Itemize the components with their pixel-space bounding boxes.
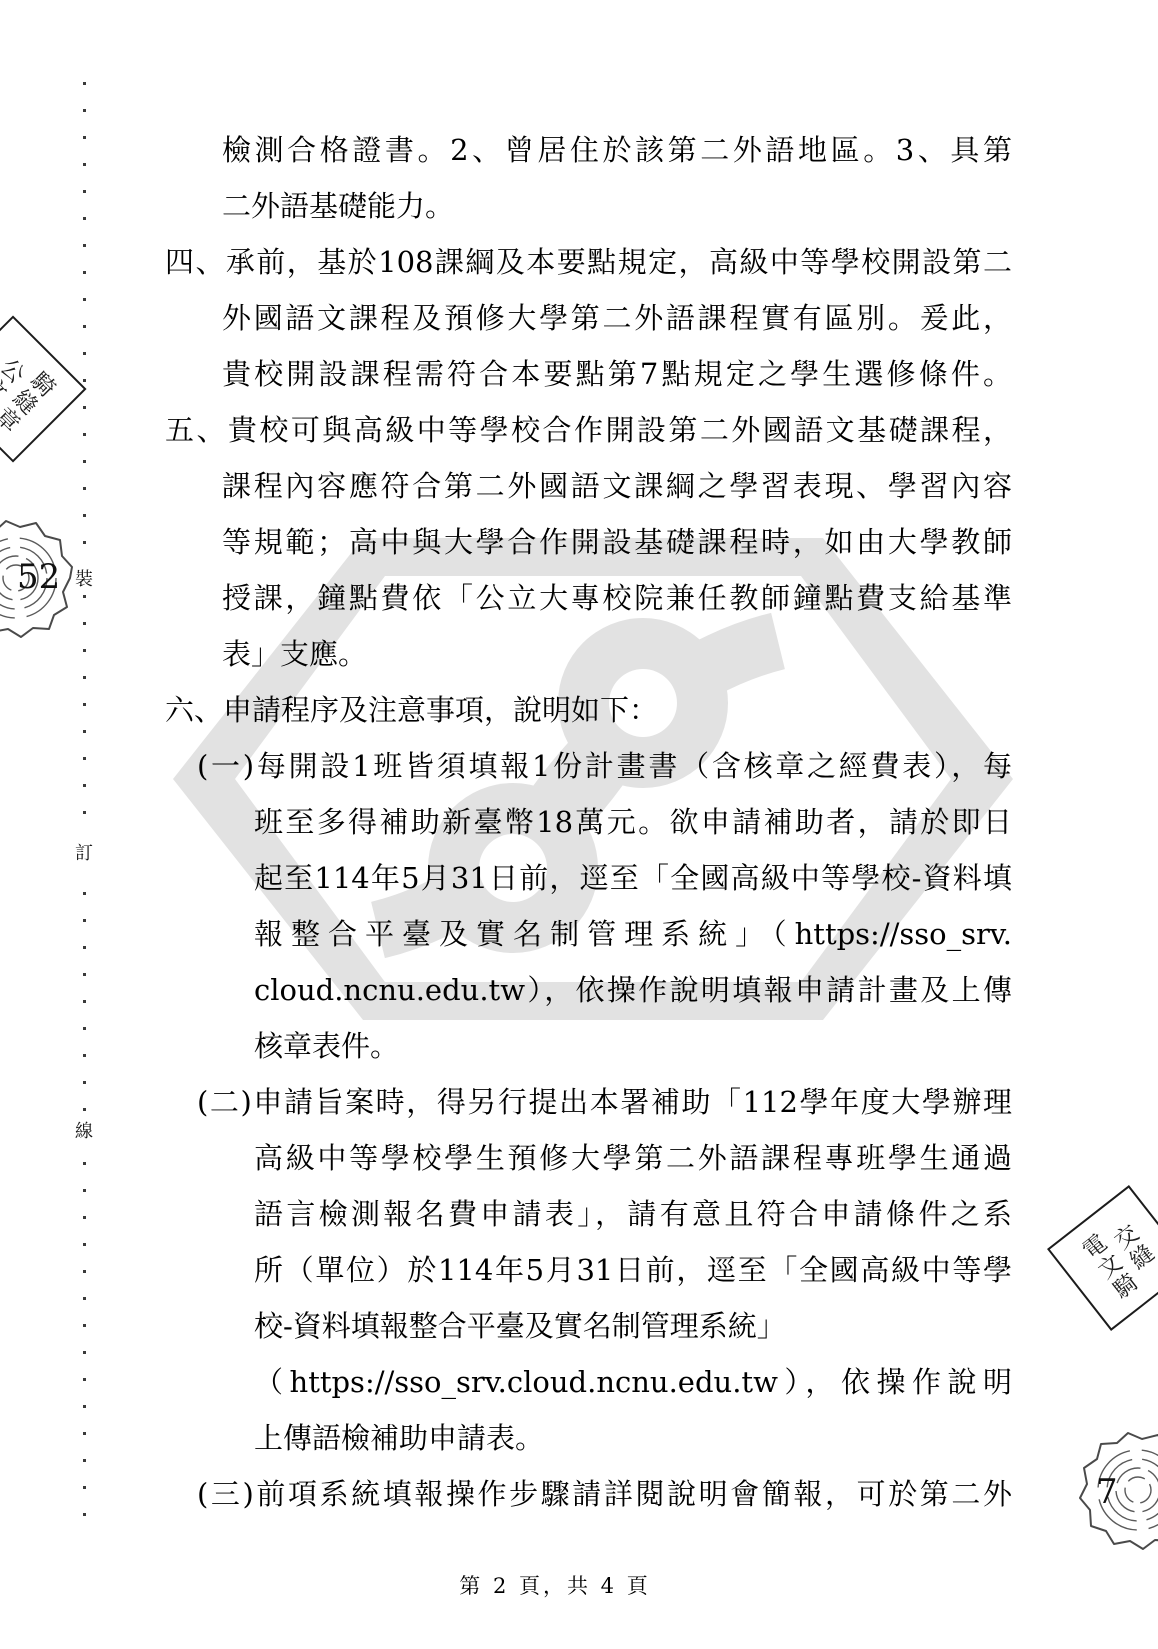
text-line: 核章表件。 (254, 1018, 1012, 1074)
text-line: 等規範；高中與大學合作開設基礎課程時，如由大學教師 (222, 514, 1012, 570)
text-line: 外國語文課程及預修大學第二外語課程實有區別。爰此， (222, 290, 1012, 346)
text-line: 六、申請程序及注意事項，說明如下： (165, 682, 1012, 738)
text-line: 上傳語檢補助申請表。 (254, 1410, 1012, 1466)
text-line: cloud.ncnu.edu.tw），依操作說明填報申請計畫及上傳 (254, 962, 1012, 1018)
text-line: 校-資料填報整合平臺及實名制管理系統」 (254, 1298, 1012, 1354)
binding-dotted-line (83, 82, 86, 1530)
binding-char-xian: 線 (73, 1114, 95, 1146)
text-line: 班至多得補助新臺幣18萬元。欲申請補助者，請於即日 (254, 794, 1012, 850)
text-line: (三)前項系統填報操作步驟請詳閱說明會簡報，可於第二外 (197, 1466, 1012, 1522)
text-line: 表」支應。 (222, 626, 1012, 682)
text-line: 檢測合格證書。2、曾居住於該第二外語地區。3、具第 (222, 122, 1012, 178)
text-line: 四、承前，基於108課綱及本要點規定，高級中等學校開設第二 (165, 234, 1012, 290)
text-line: (二)申請旨案時，得另行提出本署補助「112學年度大學辦理 (197, 1074, 1012, 1130)
text-line: 五、貴校可與高級中等學校合作開設第二外國語文基礎課程， (165, 402, 1012, 458)
seal-number-left: 52 (17, 557, 60, 597)
text-line: （https://sso_srv.cloud.ncnu.edu.tw），依操作說… (254, 1354, 1012, 1410)
text-line: 貴校開設課程需符合本要點第7點規定之學生選修條件。 (222, 346, 1012, 402)
text-line: 二外語基礎能力。 (222, 178, 1012, 234)
seal-number-bottom-right: 7 (1096, 1472, 1118, 1512)
text-line: 課程內容應符合第二外國語文課綱之學習表現、學習內容 (222, 458, 1012, 514)
binding-char-ding: 訂 (73, 836, 95, 868)
page-footer: 第 2 頁，共 4 頁 (0, 1570, 1110, 1600)
text-line: 授課，鐘點費依「公立大專校院兼任教師鐘點費支給基準 (222, 570, 1012, 626)
text-line: 起至114年5月31日前，逕至「全國高級中等學校-資料填 (254, 850, 1012, 906)
official-document-page: 裝 訂 線 公文 騎縫章 電文騎 交縫 52 7 檢測合格證書。2、曾居住於該第… (0, 0, 1158, 1649)
text-line: 所（單位）於114年5月31日前，逕至「全國高級中等學 (254, 1242, 1012, 1298)
perforation-seal-bottom-right (1078, 1430, 1158, 1550)
text-line: (一)每開設1班皆須填報1份計畫書（含核章之經費表），每 (197, 738, 1012, 794)
text-line: 語言檢測報名費申請表」，請有意且符合申請條件之系 (254, 1186, 1012, 1242)
text-line: 報整合平臺及實名制管理系統」（https://sso_srv. (254, 906, 1012, 962)
binding-char-zhuang: 裝 (73, 562, 95, 594)
document-body: 檢測合格證書。2、曾居住於該第二外語地區。3、具第二外語基礎能力。四、承前，基於… (0, 0, 1158, 1649)
text-line: 高級中等學校學生預修大學第二外語課程專班學生通過 (254, 1130, 1012, 1186)
